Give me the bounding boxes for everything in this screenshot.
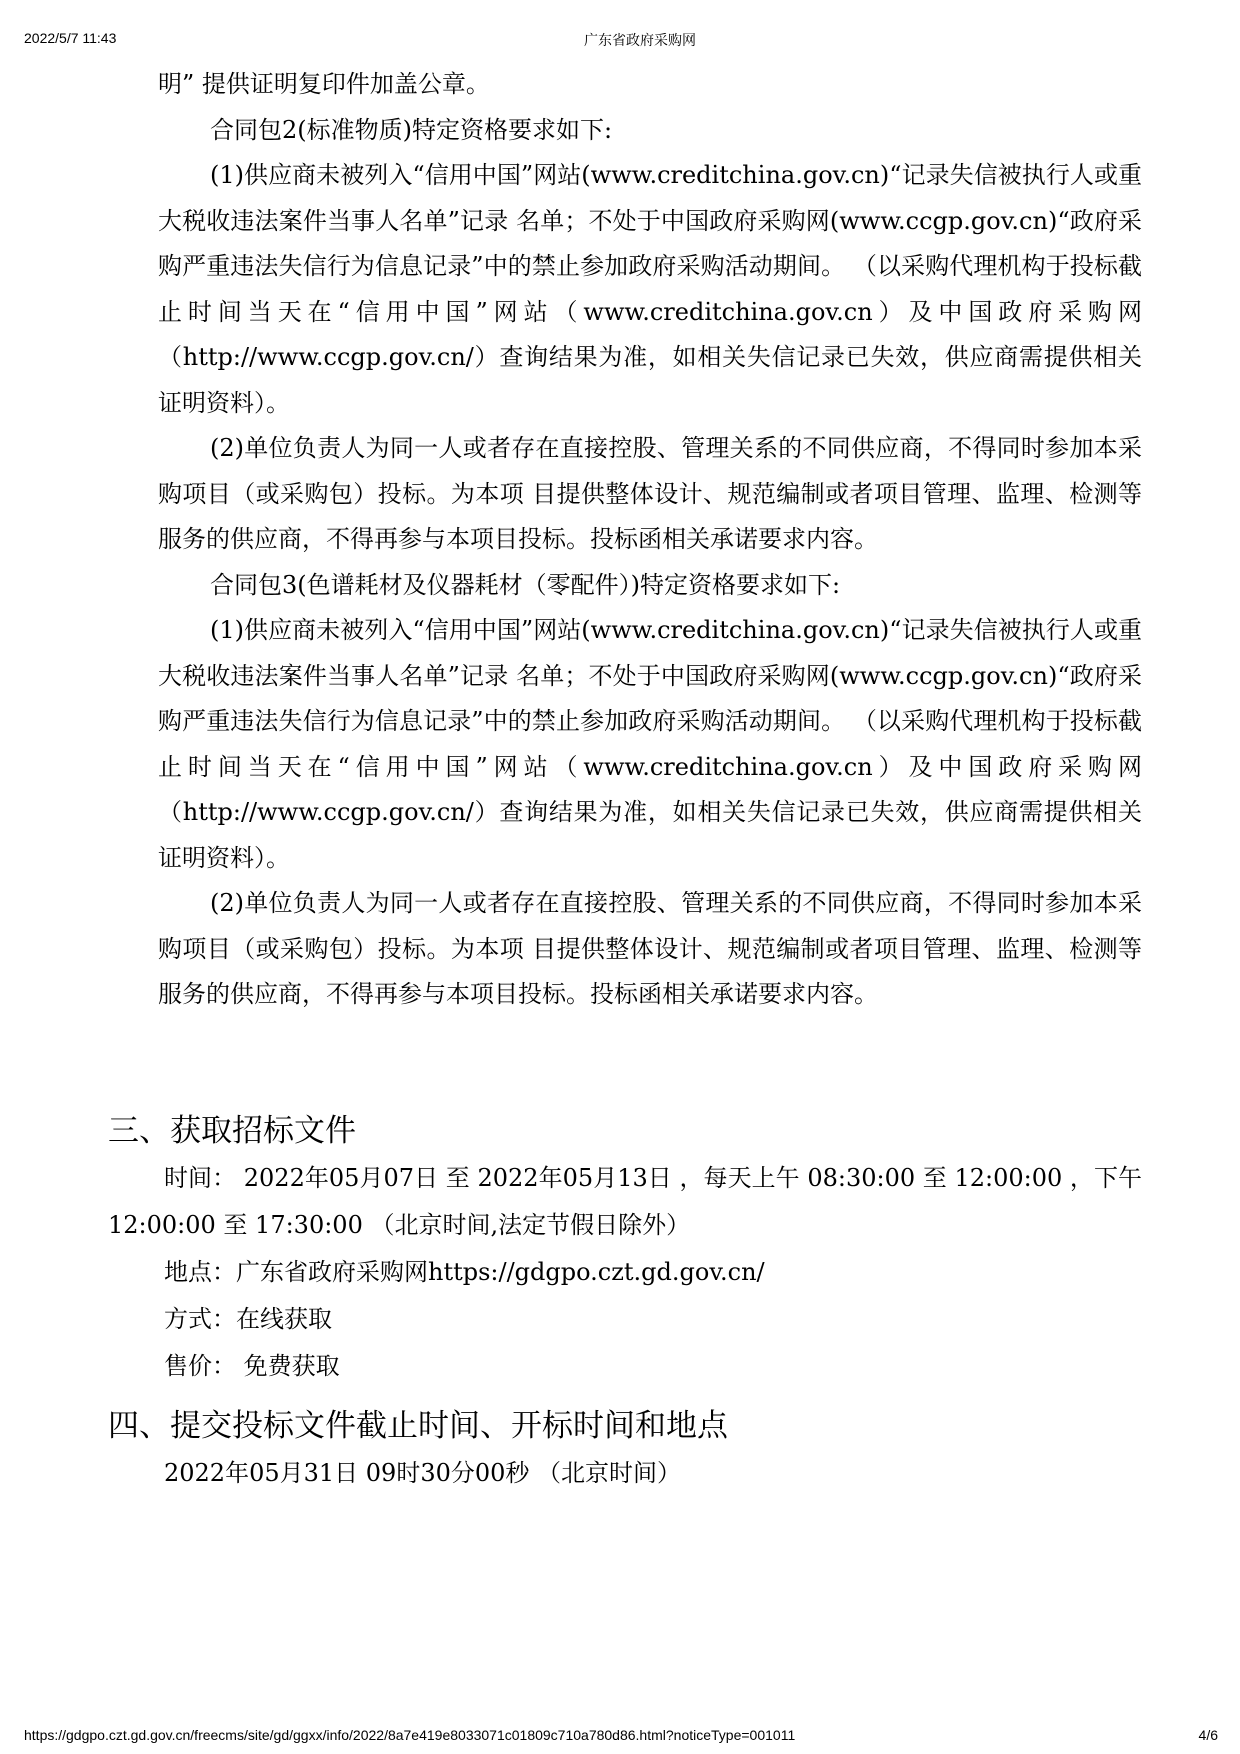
- acquisition-time: 时间： 2022年05月07日 至 2022年05月13日 ，每天上午 08:3…: [108, 1155, 1142, 1249]
- acquisition-location: 地点：广东省政府采购网https://gdgpo.czt.gd.gov.cn/: [108, 1249, 1142, 1296]
- location-link[interactable]: https://gdgpo.czt.gd.gov.cn/: [428, 1258, 765, 1286]
- acquisition-price: 售价： 免费获取: [108, 1343, 1142, 1390]
- package-2-heading: 合同包2(标准物质)特定资格要求如下:: [158, 108, 1142, 154]
- bid-deadline: 2022年05月31日 09时30分00秒 （北京时间）: [108, 1450, 1142, 1497]
- qualification-requirements: 明” 提供证明复印件加盖公章。 合同包2(标准物质)特定资格要求如下: (1)供…: [158, 62, 1142, 1018]
- section-3-heading: 三、获取招标文件: [108, 1105, 356, 1150]
- site-title: 广东省政府采购网: [0, 30, 1240, 50]
- package-2-requirement-2: (2)单位负责人为同一人或者存在直接控股、管理关系的不同供应商，不得同时参加本采…: [158, 426, 1142, 563]
- page-url: https://gdgpo.czt.gd.gov.cn/freecms/site…: [24, 1727, 795, 1743]
- package-3-heading: 合同包3(色谱耗材及仪器耗材（零配件）)特定资格要求如下:: [158, 563, 1142, 609]
- acquisition-method: 方式：在线获取: [108, 1296, 1142, 1343]
- section-4-heading: 四、提交投标文件截止时间、开标时间和地点: [108, 1400, 728, 1445]
- package-3-requirement-2: (2)单位负责人为同一人或者存在直接控股、管理关系的不同供应商，不得同时参加本采…: [158, 881, 1142, 1018]
- section-4-body: 2022年05月31日 09时30分00秒 （北京时间）: [108, 1450, 1142, 1497]
- package-2-requirement-1: (1)供应商未被列入“信用中国”网站(www.creditchina.gov.c…: [158, 153, 1142, 426]
- location-label: 地点：广东省政府采购网: [164, 1258, 428, 1286]
- paragraph-continuation: 明” 提供证明复印件加盖公章。: [158, 62, 1142, 108]
- section-3-body: 时间： 2022年05月07日 至 2022年05月13日 ，每天上午 08:3…: [108, 1155, 1142, 1390]
- package-3-requirement-1: (1)供应商未被列入“信用中国”网站(www.creditchina.gov.c…: [158, 608, 1142, 881]
- page-number: 4/6: [1199, 1727, 1218, 1743]
